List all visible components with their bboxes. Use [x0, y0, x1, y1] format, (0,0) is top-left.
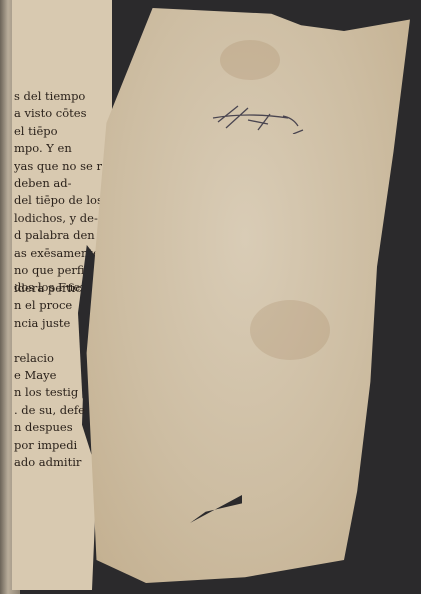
- text-line: mpo. Y en: [14, 140, 102, 157]
- photo: s del tiempo a visto cōtes el tiēpo mpo.…: [0, 0, 421, 594]
- text-line: yas que no se reg: [14, 158, 102, 175]
- signature-icon: [208, 100, 318, 134]
- text-line: el tiēpo: [14, 123, 102, 140]
- text-line: ado admitir: [14, 454, 102, 471]
- text-line: a visto cōtes: [14, 105, 102, 122]
- stain: [250, 300, 330, 360]
- text-line: deben ad-: [14, 175, 102, 192]
- text-line: por impedi: [14, 437, 102, 454]
- text-line: lodichos, y de-: [14, 210, 102, 227]
- text-line: n despues: [14, 419, 102, 436]
- text-line: s del tiempo: [14, 88, 102, 105]
- text-line: del tiēpo de los: [14, 192, 102, 209]
- text-line: d palabra den: [14, 227, 102, 244]
- stain: [220, 40, 280, 80]
- blank-flyleaf: [80, 8, 410, 583]
